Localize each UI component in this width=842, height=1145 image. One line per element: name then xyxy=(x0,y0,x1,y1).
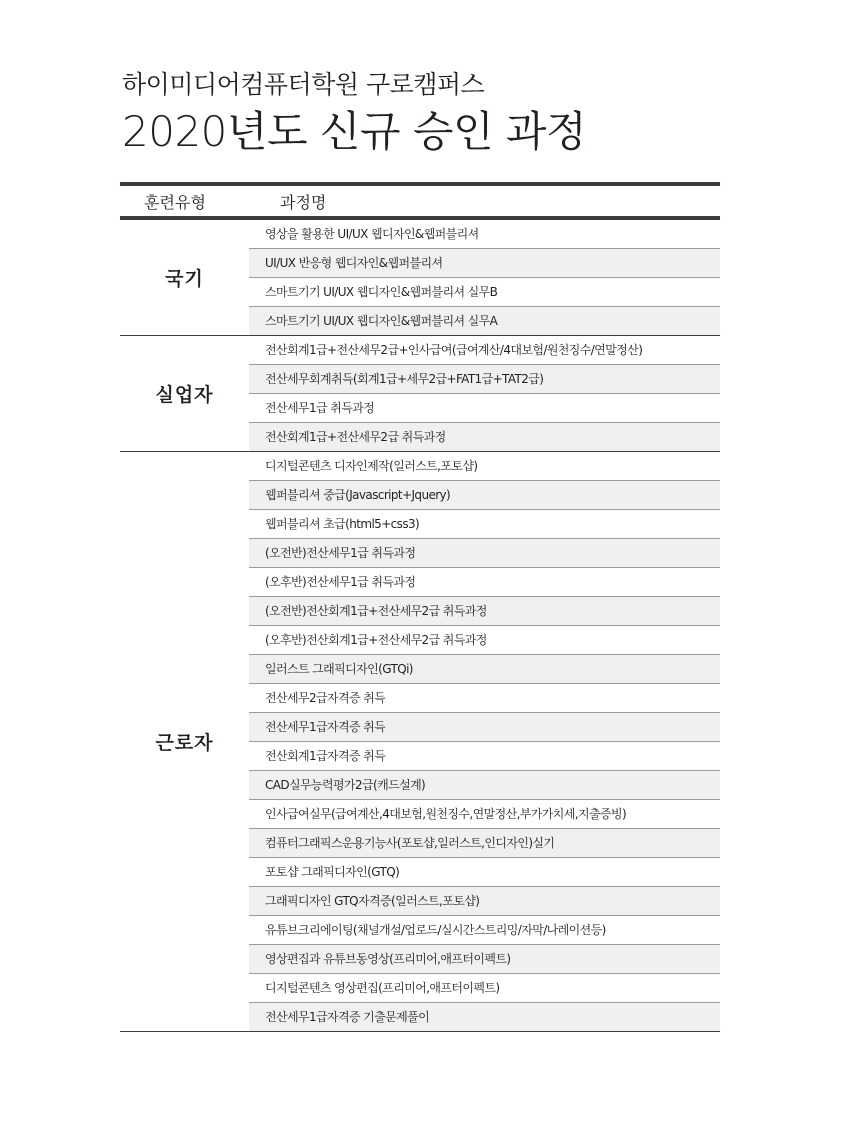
table-group: 실업자전산회계1급+전산세무2급+인사급여(급여계산/4대보험/원천징수/연말정… xyxy=(120,336,720,452)
table-row: 유튜브크리에이팅(채널개설/업로드/실시간스트리밍/자막/나레이션등) xyxy=(249,915,720,944)
table-row: 영상편집과 유튜브동영상(프리미어,애프터이펙트) xyxy=(249,944,720,973)
table-row: 일러스트 그래픽디자인(GTQi) xyxy=(249,654,720,683)
table-row: 스마트기기 UI/UX 웹디자인&웹퍼블리셔 실무A xyxy=(249,306,720,335)
table-row: (오후반)전산세무1급 취득과정 xyxy=(249,567,720,596)
table-row: 인사급여실무(급여계산,4대보험,원천징수,연말정산,부가가치세,지출증빙) xyxy=(249,799,720,828)
table-row: (오전반)전산세무1급 취득과정 xyxy=(249,538,720,567)
table-row: 전산회계1급+전산세무2급+인사급여(급여계산/4대보험/원천징수/연말정산) xyxy=(249,336,720,364)
page-header: 하이미디어컴퓨터학원 구로캠퍼스 2020년도 신규 승인 과정 xyxy=(122,68,586,158)
table-row: 컴퓨터그래픽스운용기능사(포토샵,일러스트,인디자인)실기 xyxy=(249,828,720,857)
course-list: 영상을 활용한 UI/UX 웹디자인&웹퍼블리셔UI/UX 반응형 웹디자인&웹… xyxy=(249,220,720,335)
table-row: 전산세무1급자격증 기출문제풀이 xyxy=(249,1002,720,1031)
table-row: 웹퍼블리셔 중급(Javascript+Jquery) xyxy=(249,480,720,509)
table-row: 전산회계1급+전산세무2급 취득과정 xyxy=(249,422,720,451)
table-group: 근로자디지털콘텐츠 디자인제작(일러스트,포토샵)웹퍼블리셔 중급(Javasc… xyxy=(120,452,720,1032)
table-row: 전산세무1급자격증 취득 xyxy=(249,712,720,741)
course-table: 훈련유형 과정명 국기영상을 활용한 UI/UX 웹디자인&웹퍼블리셔UI/UX… xyxy=(120,182,720,1032)
table-row: 웹퍼블리셔 초급(html5+css3) xyxy=(249,509,720,538)
table-row: 전산세무2급자격증 취득 xyxy=(249,683,720,712)
academy-name: 하이미디어컴퓨터학원 구로캠퍼스 xyxy=(122,68,586,102)
table-row: 전산회계1급자격증 취득 xyxy=(249,741,720,770)
table-row: UI/UX 반응형 웹디자인&웹퍼블리셔 xyxy=(249,248,720,277)
page-title: 2020년도 신규 승인 과정 xyxy=(122,106,586,158)
table-row: 디지털콘텐츠 디자인제작(일러스트,포토샵) xyxy=(249,452,720,480)
column-header-training-type: 훈련유형 xyxy=(120,190,230,213)
table-row: CAD실무능력평가2급(캐드설계) xyxy=(249,770,720,799)
table-row: 그래픽디자인 GTQ자격증(일러스트,포토샵) xyxy=(249,886,720,915)
table-row: 포토샵 그래픽디자인(GTQ) xyxy=(249,857,720,886)
column-header-course-name: 과정명 xyxy=(230,190,720,213)
table-row: 영상을 활용한 UI/UX 웹디자인&웹퍼블리셔 xyxy=(249,220,720,248)
table-row: 전산세무1급 취득과정 xyxy=(249,393,720,422)
table-group: 국기영상을 활용한 UI/UX 웹디자인&웹퍼블리셔UI/UX 반응형 웹디자인… xyxy=(120,220,720,336)
table-row: 스마트기기 UI/UX 웹디자인&웹퍼블리셔 실무B xyxy=(249,277,720,306)
course-list: 전산회계1급+전산세무2급+인사급여(급여계산/4대보험/원천징수/연말정산)전… xyxy=(249,336,720,451)
table-body: 국기영상을 활용한 UI/UX 웹디자인&웹퍼블리셔UI/UX 반응형 웹디자인… xyxy=(120,220,720,1032)
table-row: (오전반)전산회계1급+전산세무2급 취득과정 xyxy=(249,596,720,625)
training-type-label: 실업자 xyxy=(120,336,249,451)
table-row: (오후반)전산회계1급+전산세무2급 취득과정 xyxy=(249,625,720,654)
training-type-label: 국기 xyxy=(120,220,249,335)
table-header: 훈련유형 과정명 xyxy=(120,182,720,220)
table-row: 디지털콘텐츠 영상편집(프리미어,애프터이펙트) xyxy=(249,973,720,1002)
table-row: 전산세무회계취득(회계1급+세무2급+FAT1급+TAT2급) xyxy=(249,364,720,393)
training-type-label: 근로자 xyxy=(120,452,249,1031)
course-list: 디지털콘텐츠 디자인제작(일러스트,포토샵)웹퍼블리셔 중급(Javascrip… xyxy=(249,452,720,1031)
